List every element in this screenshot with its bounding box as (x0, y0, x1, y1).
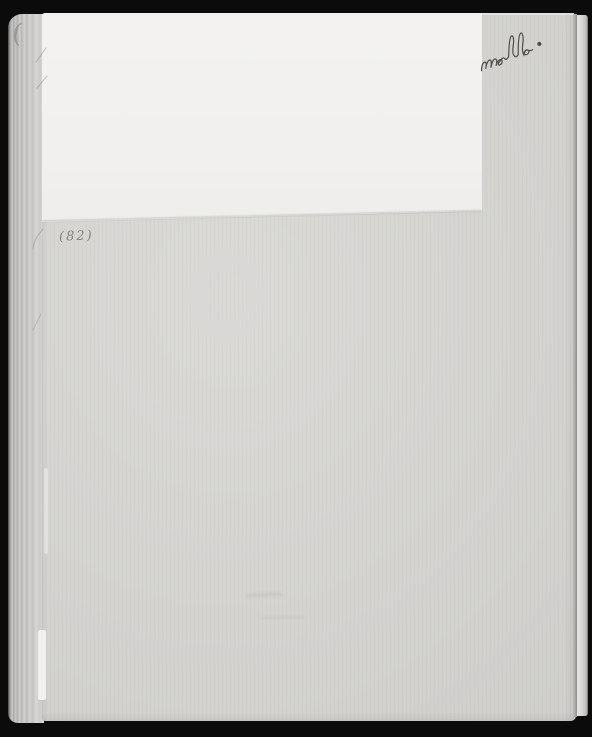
edge-pencil-scribble (31, 312, 43, 332)
edge-highlight (44, 468, 48, 554)
edge-pencil-scribble (35, 74, 49, 90)
page-edge-stack (8, 14, 44, 723)
edge-pencil-scribble (30, 226, 46, 250)
edge-highlight (38, 630, 46, 700)
folio-number-annotation: (82) (59, 228, 94, 244)
edge-pencil-scribble (34, 46, 48, 64)
scanned-book-page: (82) ( (0, 0, 592, 737)
pasted-sheet (42, 13, 482, 222)
facing-page-edge (577, 15, 588, 716)
